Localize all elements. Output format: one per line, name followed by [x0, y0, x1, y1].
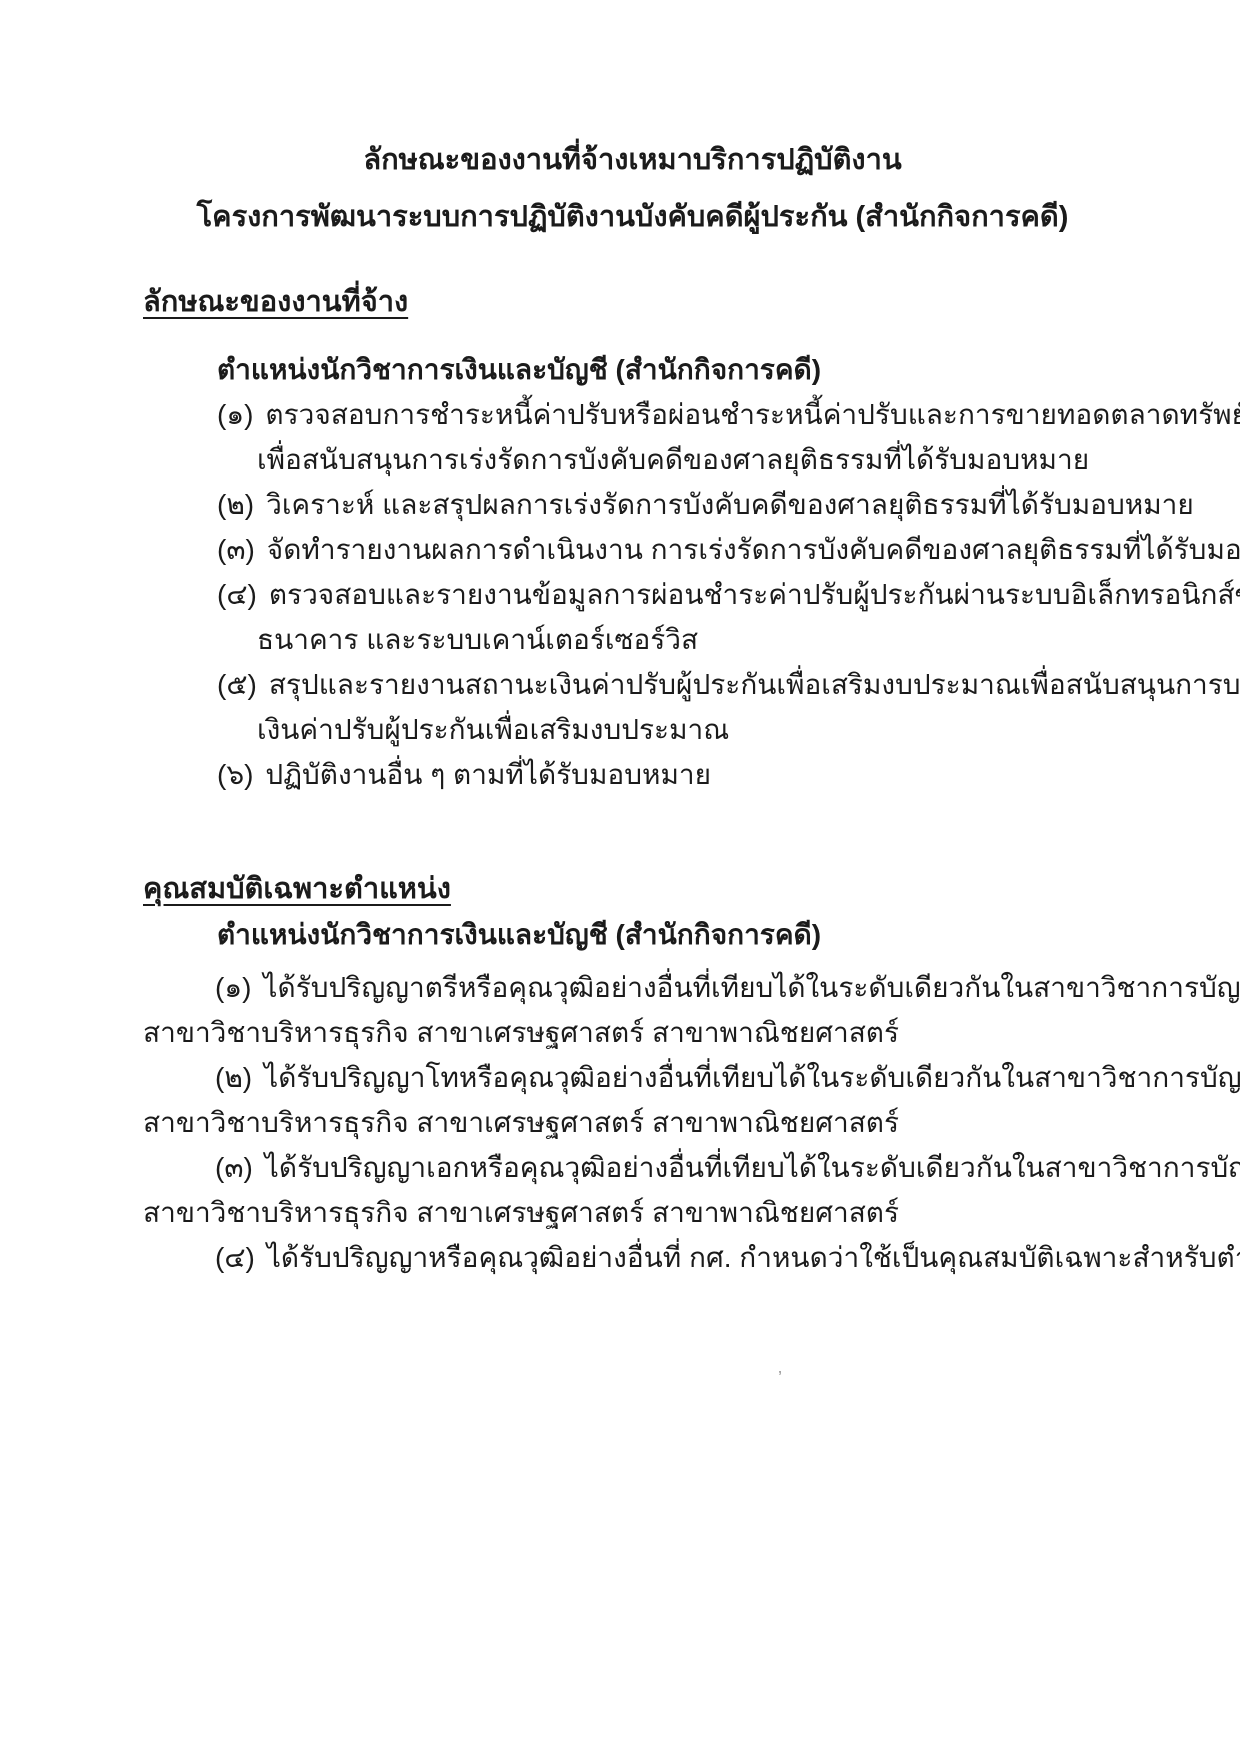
section-qualifications-heading: คุณสมบัติเฉพาะตำแหน่ง — [143, 867, 451, 912]
section-duties-position-subheading: ตำแหน่งนักวิชาการเงินและบัญชี (สำนักกิจก… — [217, 347, 1122, 392]
duty-item-1-number: (๑) — [217, 399, 253, 430]
duty-item-5-number: (๕) — [217, 669, 257, 700]
duty-item-1: (๑)ตรวจสอบการชำระหนี้ค่าปรับหรือผ่อนชำระ… — [217, 392, 1122, 482]
section-qualifications: คุณสมบัติเฉพาะตำแหน่ง ตำแหน่งนักวิชาการเ… — [143, 797, 1122, 1280]
document-title-line-2: โครงการพัฒนาระบบการปฏิบัติงานบังคับคดีผู… — [143, 195, 1122, 240]
duty-item-4-text: ตรวจสอบและรายงานข้อมูลการผ่อนชำระค่าปรับ… — [269, 579, 1240, 610]
duty-item-1-text: ตรวจสอบการชำระหนี้ค่าปรับหรือผ่อนชำระหนี… — [265, 399, 1240, 430]
section-duties: ลักษณะของงานที่จ้าง ตำแหน่งนักวิชาการเงิ… — [143, 240, 1122, 797]
duty-item-4-number: (๔) — [217, 579, 257, 610]
qualification-item-4: (๔)ได้รับปริญญาหรือคุณวุฒิอย่างอื่นที่ ก… — [143, 1235, 1122, 1280]
qualification-item-4-text: ได้รับปริญญาหรือคุณวุฒิอย่างอื่นที่ กศ. … — [267, 1242, 1240, 1273]
qualification-item-2-text-cont: สาขาวิชาบริหารธุรกิจ สาขาเศรษฐศาสตร์ สาข… — [143, 1100, 1122, 1145]
duty-item-6: (๖)ปฏิบัติงานอื่น ๆ ตามที่ได้รับมอบหมาย — [217, 752, 1122, 797]
duty-item-2: (๒)วิเคราะห์ และสรุปผลการเร่งรัดการบังคั… — [217, 482, 1122, 527]
duty-item-3-text: จัดทำรายงานผลการดำเนินงาน การเร่งรัดการบ… — [267, 534, 1240, 565]
qualification-item-3: (๓)ได้รับปริญญาเอกหรือคุณวุฒิอย่างอื่นที… — [143, 1145, 1122, 1235]
qualification-list: (๑)ได้รับปริญญาตรีหรือคุณวุฒิอย่างอื่นที… — [143, 965, 1122, 1280]
duty-item-3-number: (๓) — [217, 534, 255, 565]
duty-item-5-text-cont: เงินค่าปรับผู้ประกันเพื่อเสริมงบประมาณ — [217, 707, 1122, 752]
duty-item-4: (๔)ตรวจสอบและรายงานข้อมูลการผ่อนชำระค่าป… — [217, 572, 1122, 662]
scan-artifact-mark: ’ — [778, 1368, 782, 1389]
duty-item-1-text-cont: เพื่อสนับสนุนการเร่งรัดการบังคับคดีของศา… — [217, 437, 1122, 482]
qualification-item-2-number: (๒) — [215, 1062, 252, 1093]
duty-list: (๑)ตรวจสอบการชำระหนี้ค่าปรับหรือผ่อนชำระ… — [217, 392, 1122, 797]
duty-item-3: (๓)จัดทำรายงานผลการดำเนินงาน การเร่งรัดก… — [217, 527, 1122, 572]
qualification-item-3-text: ได้รับปริญญาเอกหรือคุณวุฒิอย่างอื่นที่เท… — [265, 1152, 1240, 1183]
duty-item-2-text: วิเคราะห์ และสรุปผลการเร่งรัดการบังคับคด… — [266, 489, 1194, 520]
qualification-item-3-number: (๓) — [215, 1152, 253, 1183]
qualification-item-2: (๒)ได้รับปริญญาโทหรือคุณวุฒิอย่างอื่นที่… — [143, 1055, 1122, 1145]
section-qualifications-position-subheading: ตำแหน่งนักวิชาการเงินและบัญชี (สำนักกิจก… — [217, 912, 1122, 957]
document-page: ลักษณะของงานที่จ้างเหมาบริการปฏิบัติงาน … — [0, 0, 1240, 1754]
qualification-item-1-number: (๑) — [215, 972, 251, 1003]
document-title-block: ลักษณะของงานที่จ้างเหมาบริการปฏิบัติงาน … — [143, 138, 1122, 240]
duty-item-6-text: ปฏิบัติงานอื่น ๆ ตามที่ได้รับมอบหมาย — [265, 759, 711, 790]
duty-item-5: (๕)สรุปและรายงานสถานะเงินค่าปรับผู้ประกั… — [217, 662, 1122, 752]
qualification-item-3-text-cont: สาขาวิชาบริหารธุรกิจ สาขาเศรษฐศาสตร์ สาข… — [143, 1190, 1122, 1235]
duty-item-6-number: (๖) — [217, 759, 253, 790]
qualification-item-1-text: ได้รับปริญญาตรีหรือคุณวุฒิอย่างอื่นที่เท… — [263, 972, 1240, 1003]
section-duties-heading: ลักษณะของงานที่จ้าง — [143, 280, 408, 325]
duty-item-4-text-cont: ธนาคาร และระบบเคาน์เตอร์เซอร์วิส — [217, 617, 1122, 662]
qualification-item-2-text: ได้รับปริญญาโทหรือคุณวุฒิอย่างอื่นที่เที… — [264, 1062, 1240, 1093]
qualification-item-4-number: (๔) — [215, 1242, 255, 1273]
duty-item-5-text: สรุปและรายงานสถานะเงินค่าปรับผู้ประกันเพ… — [269, 669, 1240, 700]
qualification-item-1-text-cont: สาขาวิชาบริหารธุรกิจ สาขาเศรษฐศาสตร์ สาข… — [143, 1010, 1122, 1055]
qualification-item-1: (๑)ได้รับปริญญาตรีหรือคุณวุฒิอย่างอื่นที… — [143, 965, 1122, 1055]
duty-item-2-number: (๒) — [217, 489, 254, 520]
document-title-line-1: ลักษณะของงานที่จ้างเหมาบริการปฏิบัติงาน — [143, 138, 1122, 183]
